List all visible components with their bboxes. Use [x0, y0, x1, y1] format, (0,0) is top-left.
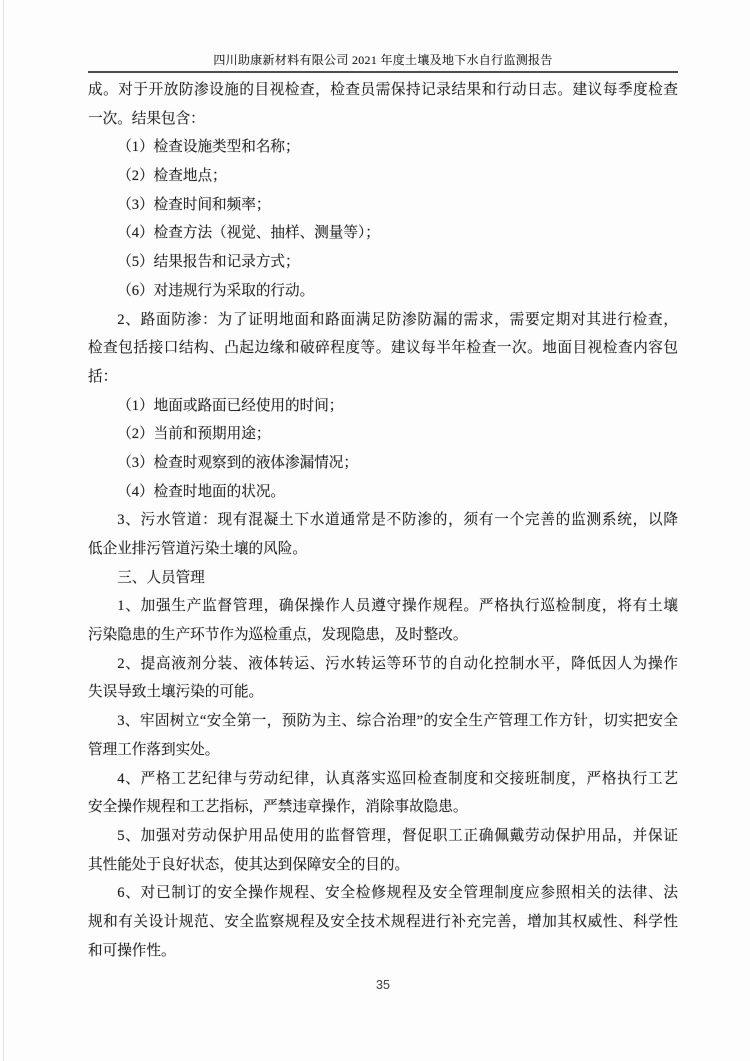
document-line: 检查包括接口结构、凸起边缘和破碎程度等。建议每半年检查一次。地面目视检查内容包	[88, 334, 678, 363]
document-line: 5、加强对劳动保护用品使用的监督管理，督促职工正确佩戴劳动保护用品，并保证	[88, 822, 678, 851]
document-line: （4）检查方法（视觉、抽样、测量等）；	[88, 219, 678, 248]
document-line: 3、污水管道：现有混凝土下水道通常是不防渗的，须有一个完善的监测系统，以降	[88, 506, 678, 535]
document-line: （3）检查时间和频率；	[88, 191, 678, 220]
header-title: 四川助康新材料有限公司 2021 年度土壤及地下水自行监测报告	[88, 54, 678, 67]
document-line: 2、提高液剂分装、液体转运、污水转运等环节的自动化控制水平，降低因人为操作	[88, 650, 678, 679]
document-line: 其性能处于良好状态，使其达到保障安全的目的。	[88, 851, 678, 880]
header-divider	[88, 71, 678, 73]
document-line: 1、加强生产监督管理，确保操作人员遵守操作规程。严格执行巡检制度，将有土壤	[88, 592, 678, 621]
document-page: 四川助康新材料有限公司 2021 年度土壤及地下水自行监测报告 成。对于开放防渗…	[0, 0, 750, 1061]
document-line: 6、对已制订的安全操作规程、安全检修规程及安全管理制度应参照相关的法律、法	[88, 879, 678, 908]
document-line: 低企业排污管道污染土壤的风险。	[88, 535, 678, 564]
document-line: （5）结果报告和记录方式；	[88, 248, 678, 277]
document-line: 4、严格工艺纪律与劳动纪律，认真落实巡回检查制度和交接班制度，严格执行工艺	[88, 765, 678, 794]
page-header: 四川助康新材料有限公司 2021 年度土壤及地下水自行监测报告	[88, 54, 678, 73]
document-line: 失误导致土壤污染的可能。	[88, 678, 678, 707]
page-number: 35	[376, 978, 390, 992]
document-line: （2）当前和预期用途；	[88, 420, 678, 449]
document-line: 2、路面防渗：为了证明地面和路面满足防渗防漏的需求，需要定期对其进行检查，	[88, 306, 678, 335]
document-line: 一次。结果包含：	[88, 105, 678, 134]
document-line: 管理工作落到实处。	[88, 736, 678, 765]
document-line: （6）对违规行为采取的行动。	[88, 277, 678, 306]
document-body: 成。对于开放防渗设施的目视检查，检查员需保持记录结果和行动日志。建议每季度检查一…	[88, 76, 678, 965]
document-line: 规和有关设计规范、安全监察规程及安全技术规程进行补充完善，增加其权威性、科学性	[88, 908, 678, 937]
document-line: （1）地面或路面已经使用的时间；	[88, 392, 678, 421]
document-line: 3、牢固树立“安全第一，预防为主、综合治理”的安全生产管理工作方针，切实把安全	[88, 707, 678, 736]
document-line: 污染隐患的生产环节作为巡检重点，发现隐患，及时整改。	[88, 621, 678, 650]
document-line: （1）检查设施类型和名称；	[88, 133, 678, 162]
document-line: 成。对于开放防渗设施的目视检查，检查员需保持记录结果和行动日志。建议每季度检查	[88, 76, 678, 105]
document-line: 三、人员管理	[88, 564, 678, 593]
page-footer: 35	[88, 977, 678, 993]
document-line: 和可操作性。	[88, 937, 678, 966]
document-line: 安全操作规程和工艺指标，严禁违章操作，消除事故隐患。	[88, 793, 678, 822]
document-line: （4）检查时地面的状况。	[88, 478, 678, 507]
document-line: 括：	[88, 363, 678, 392]
document-line: （2）检查地点；	[88, 162, 678, 191]
document-line: （3）检查时观察到的液体渗漏情况；	[88, 449, 678, 478]
